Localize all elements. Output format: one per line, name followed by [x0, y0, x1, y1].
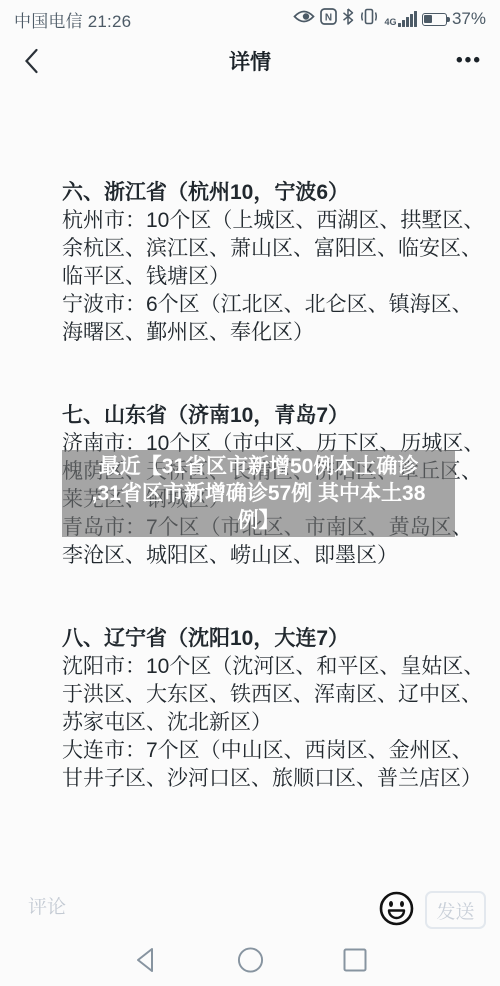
toast-line: 最近【31省区市新增50例本土确诊 [62, 453, 455, 480]
status-bar: 中国电信 21:26 N 4G 37% [0, 5, 500, 33]
android-recents-button[interactable] [342, 945, 369, 975]
section-zhejiang: 六、浙江省（杭州10，宁波6） 杭州市：10个区（上城区、西湖区、拱墅区、 余杭… [62, 179, 494, 347]
send-button[interactable]: 发送 [425, 891, 486, 929]
content-line: 大连市：7个区（中山区、西岗区、金州区、 [62, 737, 494, 765]
content-line: 甘井子区、沙河口区、旅顺口区、普兰店区） [62, 765, 494, 793]
section-liaoning: 八、辽宁省（沈阳10，大连7） 沈阳市：10个区（沈河区、和平区、皇姑区、 于洪… [62, 625, 494, 793]
more-menu-button[interactable]: ••• [456, 42, 482, 80]
battery-fill [424, 15, 431, 23]
signal-bars-icon [398, 11, 417, 27]
battery-percent-label: 37% [452, 9, 486, 29]
comment-input[interactable] [26, 890, 360, 926]
carrier-time-label: 中国电信 21:26 [14, 7, 131, 32]
content-line: 宁波市：6个区（江北区、北仑区、镇海区、 [62, 291, 494, 319]
page-title: 详情 [0, 46, 500, 76]
bluetooth-icon [342, 8, 354, 30]
toast-line: 例】 [62, 507, 455, 534]
content-line: 苏家屯区、沈北新区） [62, 709, 494, 737]
section-header: 八、辽宁省（沈阳10，大连7） [62, 625, 494, 653]
content-line: 沈阳市：10个区（沈河区、和平区、皇姑区、 [62, 653, 494, 681]
content-line: 临平区、钱塘区） [62, 263, 494, 291]
svg-text:N: N [325, 13, 332, 24]
emoji-icon [378, 890, 415, 927]
android-back-button[interactable] [132, 945, 159, 975]
toast-line: ,31省区市新增确诊57例 其中本土38 [62, 480, 455, 507]
recents-square-icon [342, 947, 368, 973]
nav-bar: 详情 ••• [0, 42, 500, 80]
content-line: 海曙区、鄞州区、奉化区） [62, 319, 494, 347]
section-header: 七、山东省（济南10，青岛7） [62, 402, 494, 430]
comment-bar: 发送 [0, 880, 500, 938]
content-line: 于洪区、大东区、铁西区、浑南区、辽中区、 [62, 681, 494, 709]
nfc-icon: N [320, 8, 337, 30]
android-nav-bar [0, 934, 500, 986]
emoji-button[interactable] [378, 890, 415, 927]
section-header: 六、浙江省（杭州10，宁波6） [62, 179, 494, 207]
vibrate-icon [359, 8, 379, 30]
content-line: 余杭区、滨江区、萧山区、富阳区、临安区、 [62, 235, 494, 263]
eye-icon [293, 9, 315, 29]
battery-icon [422, 13, 447, 26]
content-line: 李沧区、城阳区、崂山区、即墨区） [62, 542, 494, 570]
signal-4g-label: 4G [384, 18, 396, 27]
news-toast-notification[interactable]: 最近【31省区市新增50例本土确诊 ,31省区市新增确诊57例 其中本土38 例… [62, 450, 455, 537]
home-circle-icon [237, 946, 264, 974]
back-triangle-icon [132, 945, 158, 975]
content-line: 杭州市：10个区（上城区、西湖区、拱墅区、 [62, 207, 494, 235]
signal-4g-icon: 4G [384, 11, 417, 27]
status-icons: N 4G 37% [293, 8, 486, 30]
android-home-button[interactable] [237, 945, 264, 975]
